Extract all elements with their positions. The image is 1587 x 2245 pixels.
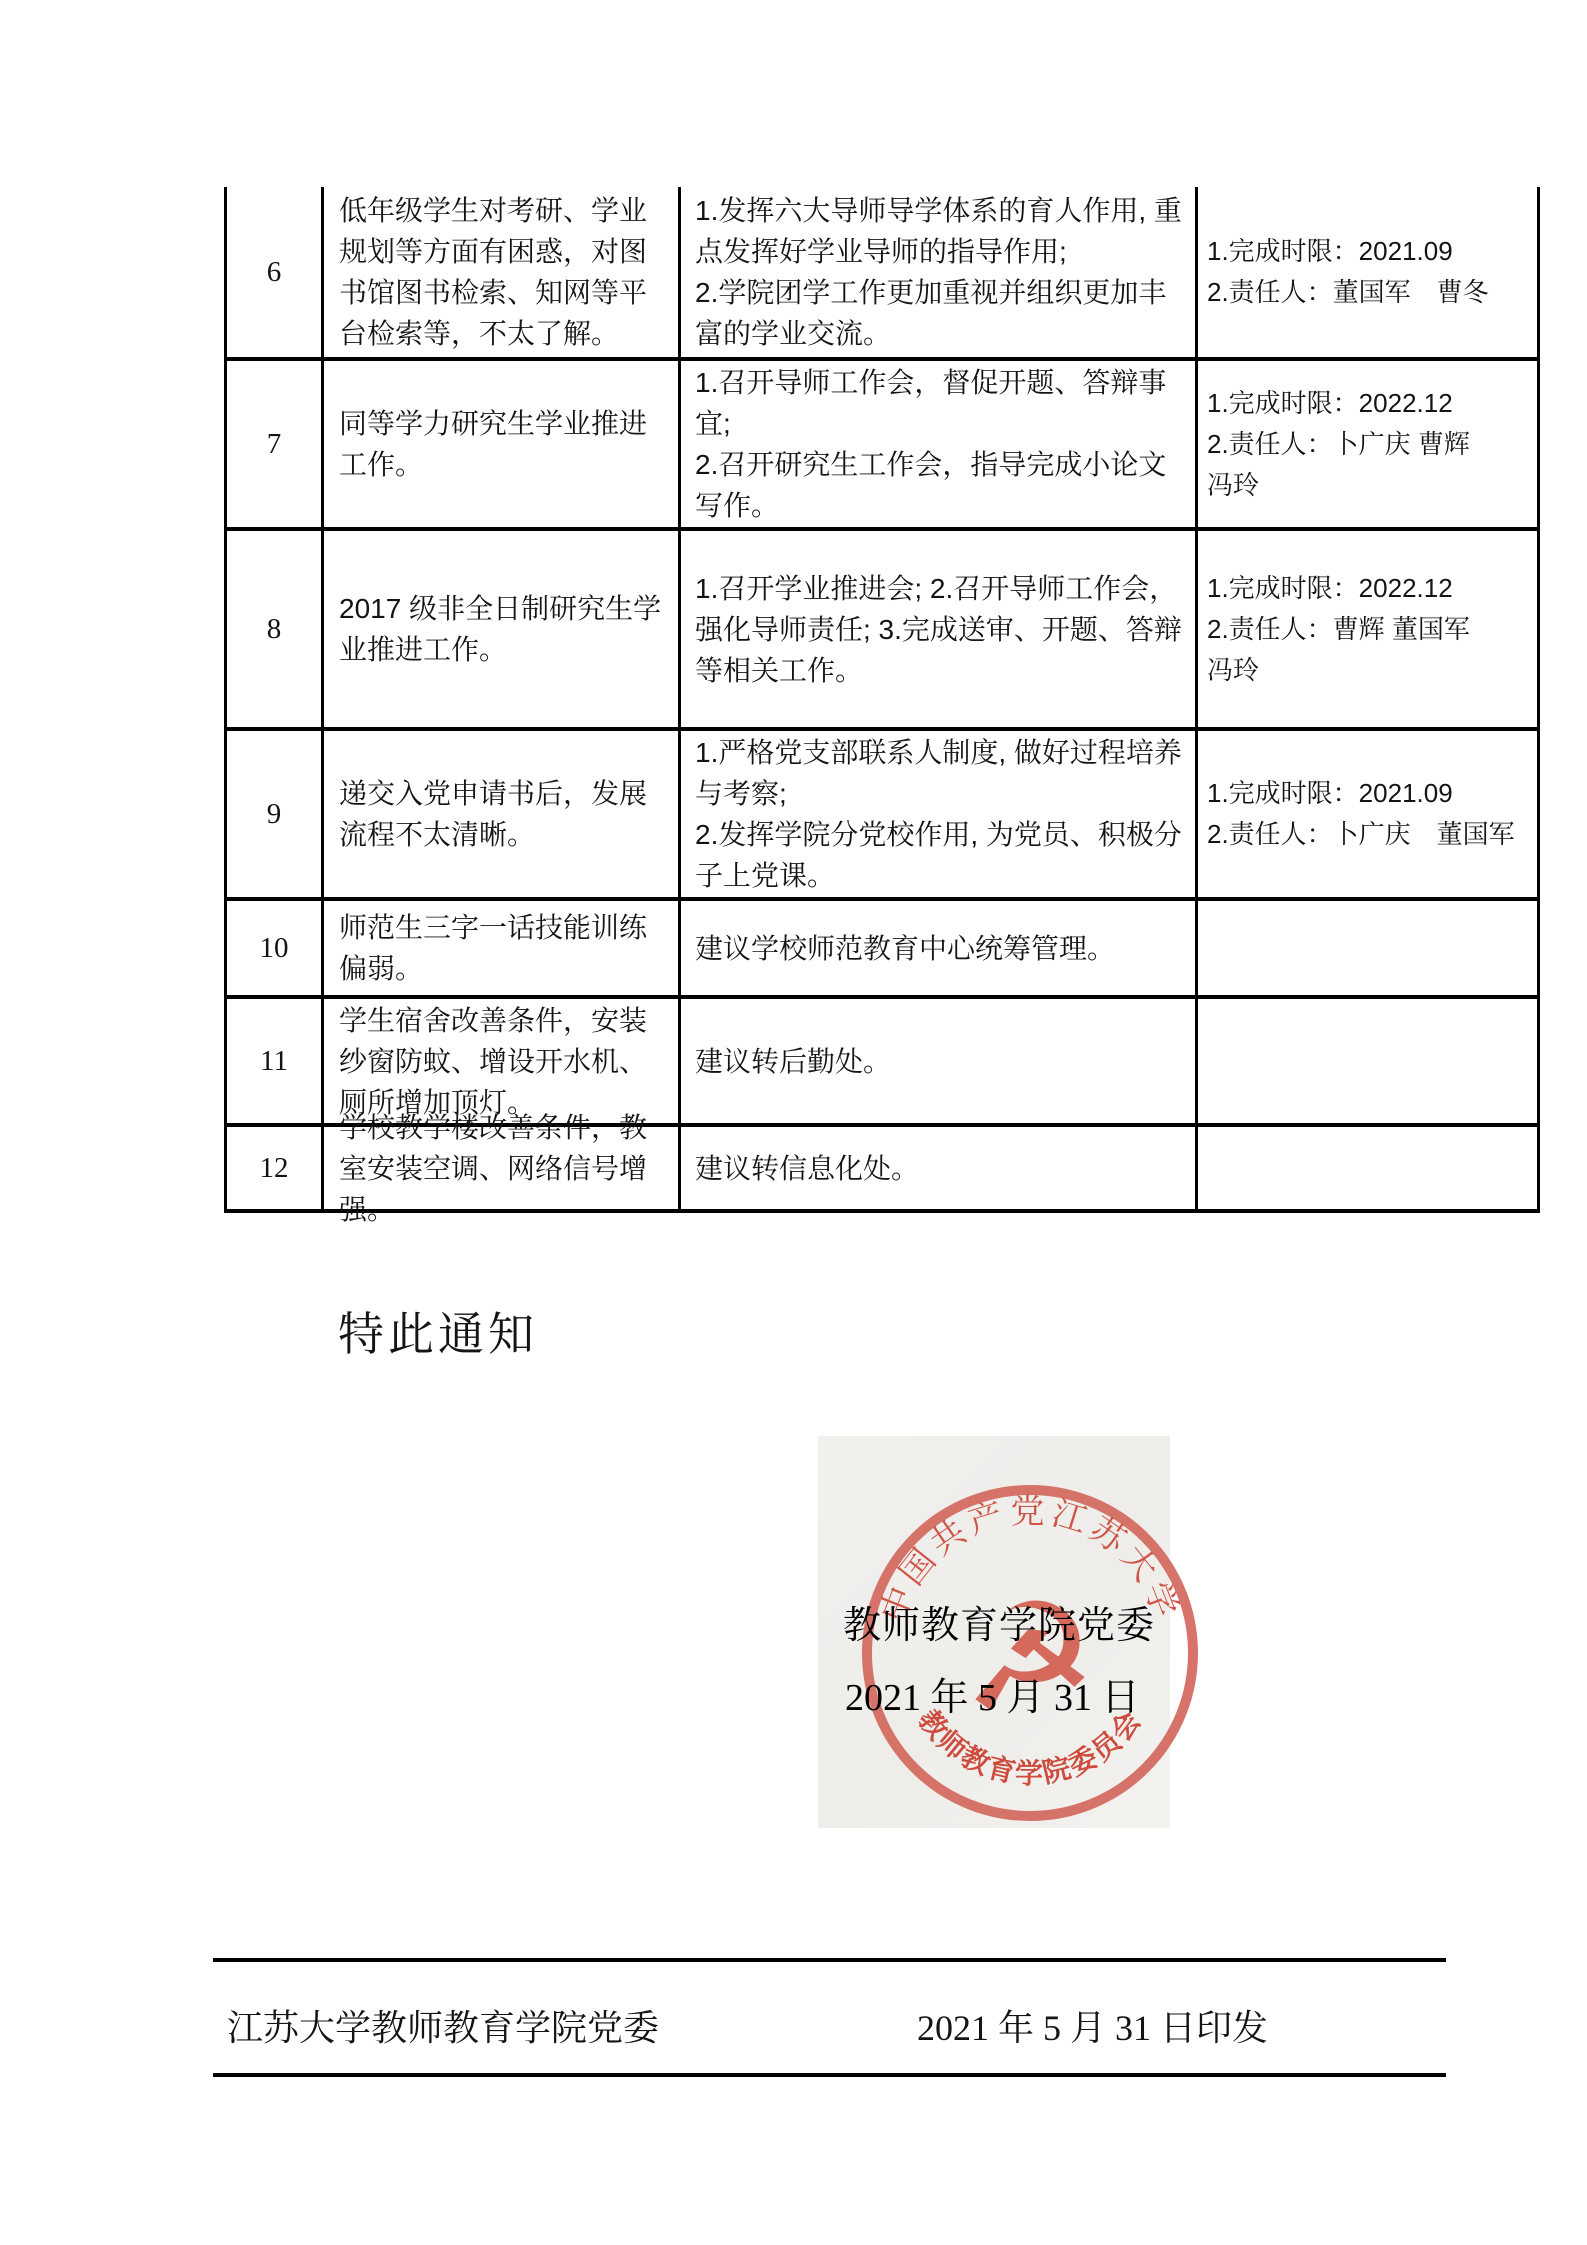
footer-issuer: 江苏大学教师教育学院党委 [227, 2000, 659, 2051]
deadline-cell: 1.完成时限：2022.12 2.责任人：曹辉 董国军 冯玲 [1198, 531, 1540, 731]
document-page: 6 低年级学生对考研、学业规划等方面有困惑，对图书馆图书检索、知网等平台检索等，… [0, 0, 1587, 2245]
measures-cell: 1.召开导师工作会，督促开题、答辩事宜; 2.召开研究生工作会，指导完成小论文写… [681, 361, 1198, 531]
row-number-cell: 12 [224, 1127, 324, 1213]
measures-cell: 建议学校师范教育中心统筹管理。 [681, 901, 1198, 999]
footer-rule-top [213, 1958, 1446, 1962]
problem-cell: 同等学力研究生学业推进工作。 [324, 361, 681, 531]
signature-org: 教师教育学院党委 [843, 1594, 1155, 1649]
party-seal-stamp-icon: 中国共产党江苏大学 教师教育学院委员会 ☭ [855, 1478, 1205, 1828]
row-number-cell: 7 [224, 361, 324, 531]
deadline-cell [1198, 1127, 1540, 1213]
table-row: 7 同等学力研究生学业推进工作。 1.召开导师工作会，督促开题、答辩事宜; 2.… [224, 361, 1540, 531]
table-row: 12 学校教学楼改善条件，教室安装空调、网络信号增强。 建议转信息化处。 [224, 1127, 1540, 1213]
row-number-cell: 8 [224, 531, 324, 731]
footer: 江苏大学教师教育学院党委 2021 年 5 月 31 日印发 [213, 2000, 1446, 2051]
problem-cell: 低年级学生对考研、学业规划等方面有困惑，对图书馆图书检索、知网等平台检索等，不太… [324, 187, 681, 361]
deadline-cell [1198, 999, 1540, 1127]
table-row: 9 递交入党申请书后，发展流程不太清晰。 1.严格党支部联系人制度, 做好过程培… [224, 731, 1540, 901]
row-number-cell: 10 [224, 901, 324, 999]
problem-cell: 2017 级非全日制研究生学业推进工作。 [324, 531, 681, 731]
signature-date: 2021 年 5 月 31 日 [845, 1666, 1140, 1721]
measures-cell: 1.发挥六大导师导学体系的育人作用, 重点发挥好学业导师的指导作用; 2.学院团… [681, 187, 1198, 361]
row-number-cell: 9 [224, 731, 324, 901]
table-row: 6 低年级学生对考研、学业规划等方面有困惑，对图书馆图书检索、知网等平台检索等，… [224, 187, 1540, 361]
problem-cell: 递交入党申请书后，发展流程不太清晰。 [324, 731, 681, 901]
row-number-cell: 11 [224, 999, 324, 1127]
measures-cell: 1.召开学业推进会; 2.召开导师工作会，强化导师责任; 3.完成送审、开题、答… [681, 531, 1198, 731]
footer-print-date: 2021 年 5 月 31 日印发 [917, 2000, 1268, 2051]
deadline-cell: 1.完成时限：2022.12 2.责任人：卜广庆 曹辉 冯玲 [1198, 361, 1540, 531]
measures-cell: 1.严格党支部联系人制度, 做好过程培养与考察; 2.发挥学院分党校作用, 为党… [681, 731, 1198, 901]
problem-cell: 学校教学楼改善条件，教室安装空调、网络信号增强。 [324, 1127, 681, 1213]
measures-cell: 建议转信息化处。 [681, 1127, 1198, 1213]
row-number-cell: 6 [224, 187, 324, 361]
footer-rule-bottom [213, 2073, 1446, 2077]
deadline-cell [1198, 901, 1540, 999]
deadline-cell: 1.完成时限：2021.09 2.责任人：董国军 曹冬 [1198, 187, 1540, 361]
issues-table: 6 低年级学生对考研、学业规划等方面有困惑，对图书馆图书检索、知网等平台检索等，… [224, 187, 1540, 1213]
notice-text: 特此通知 [338, 1298, 538, 1364]
deadline-cell: 1.完成时限：2021.09 2.责任人：卜广庆 董国军 [1198, 731, 1540, 901]
table-row: 10 师范生三字一话技能训练偏弱。 建议学校师范教育中心统筹管理。 [224, 901, 1540, 999]
measures-cell: 建议转后勤处。 [681, 999, 1198, 1127]
table-row: 8 2017 级非全日制研究生学业推进工作。 1.召开学业推进会; 2.召开导师… [224, 531, 1540, 731]
problem-cell: 师范生三字一话技能训练偏弱。 [324, 901, 681, 999]
